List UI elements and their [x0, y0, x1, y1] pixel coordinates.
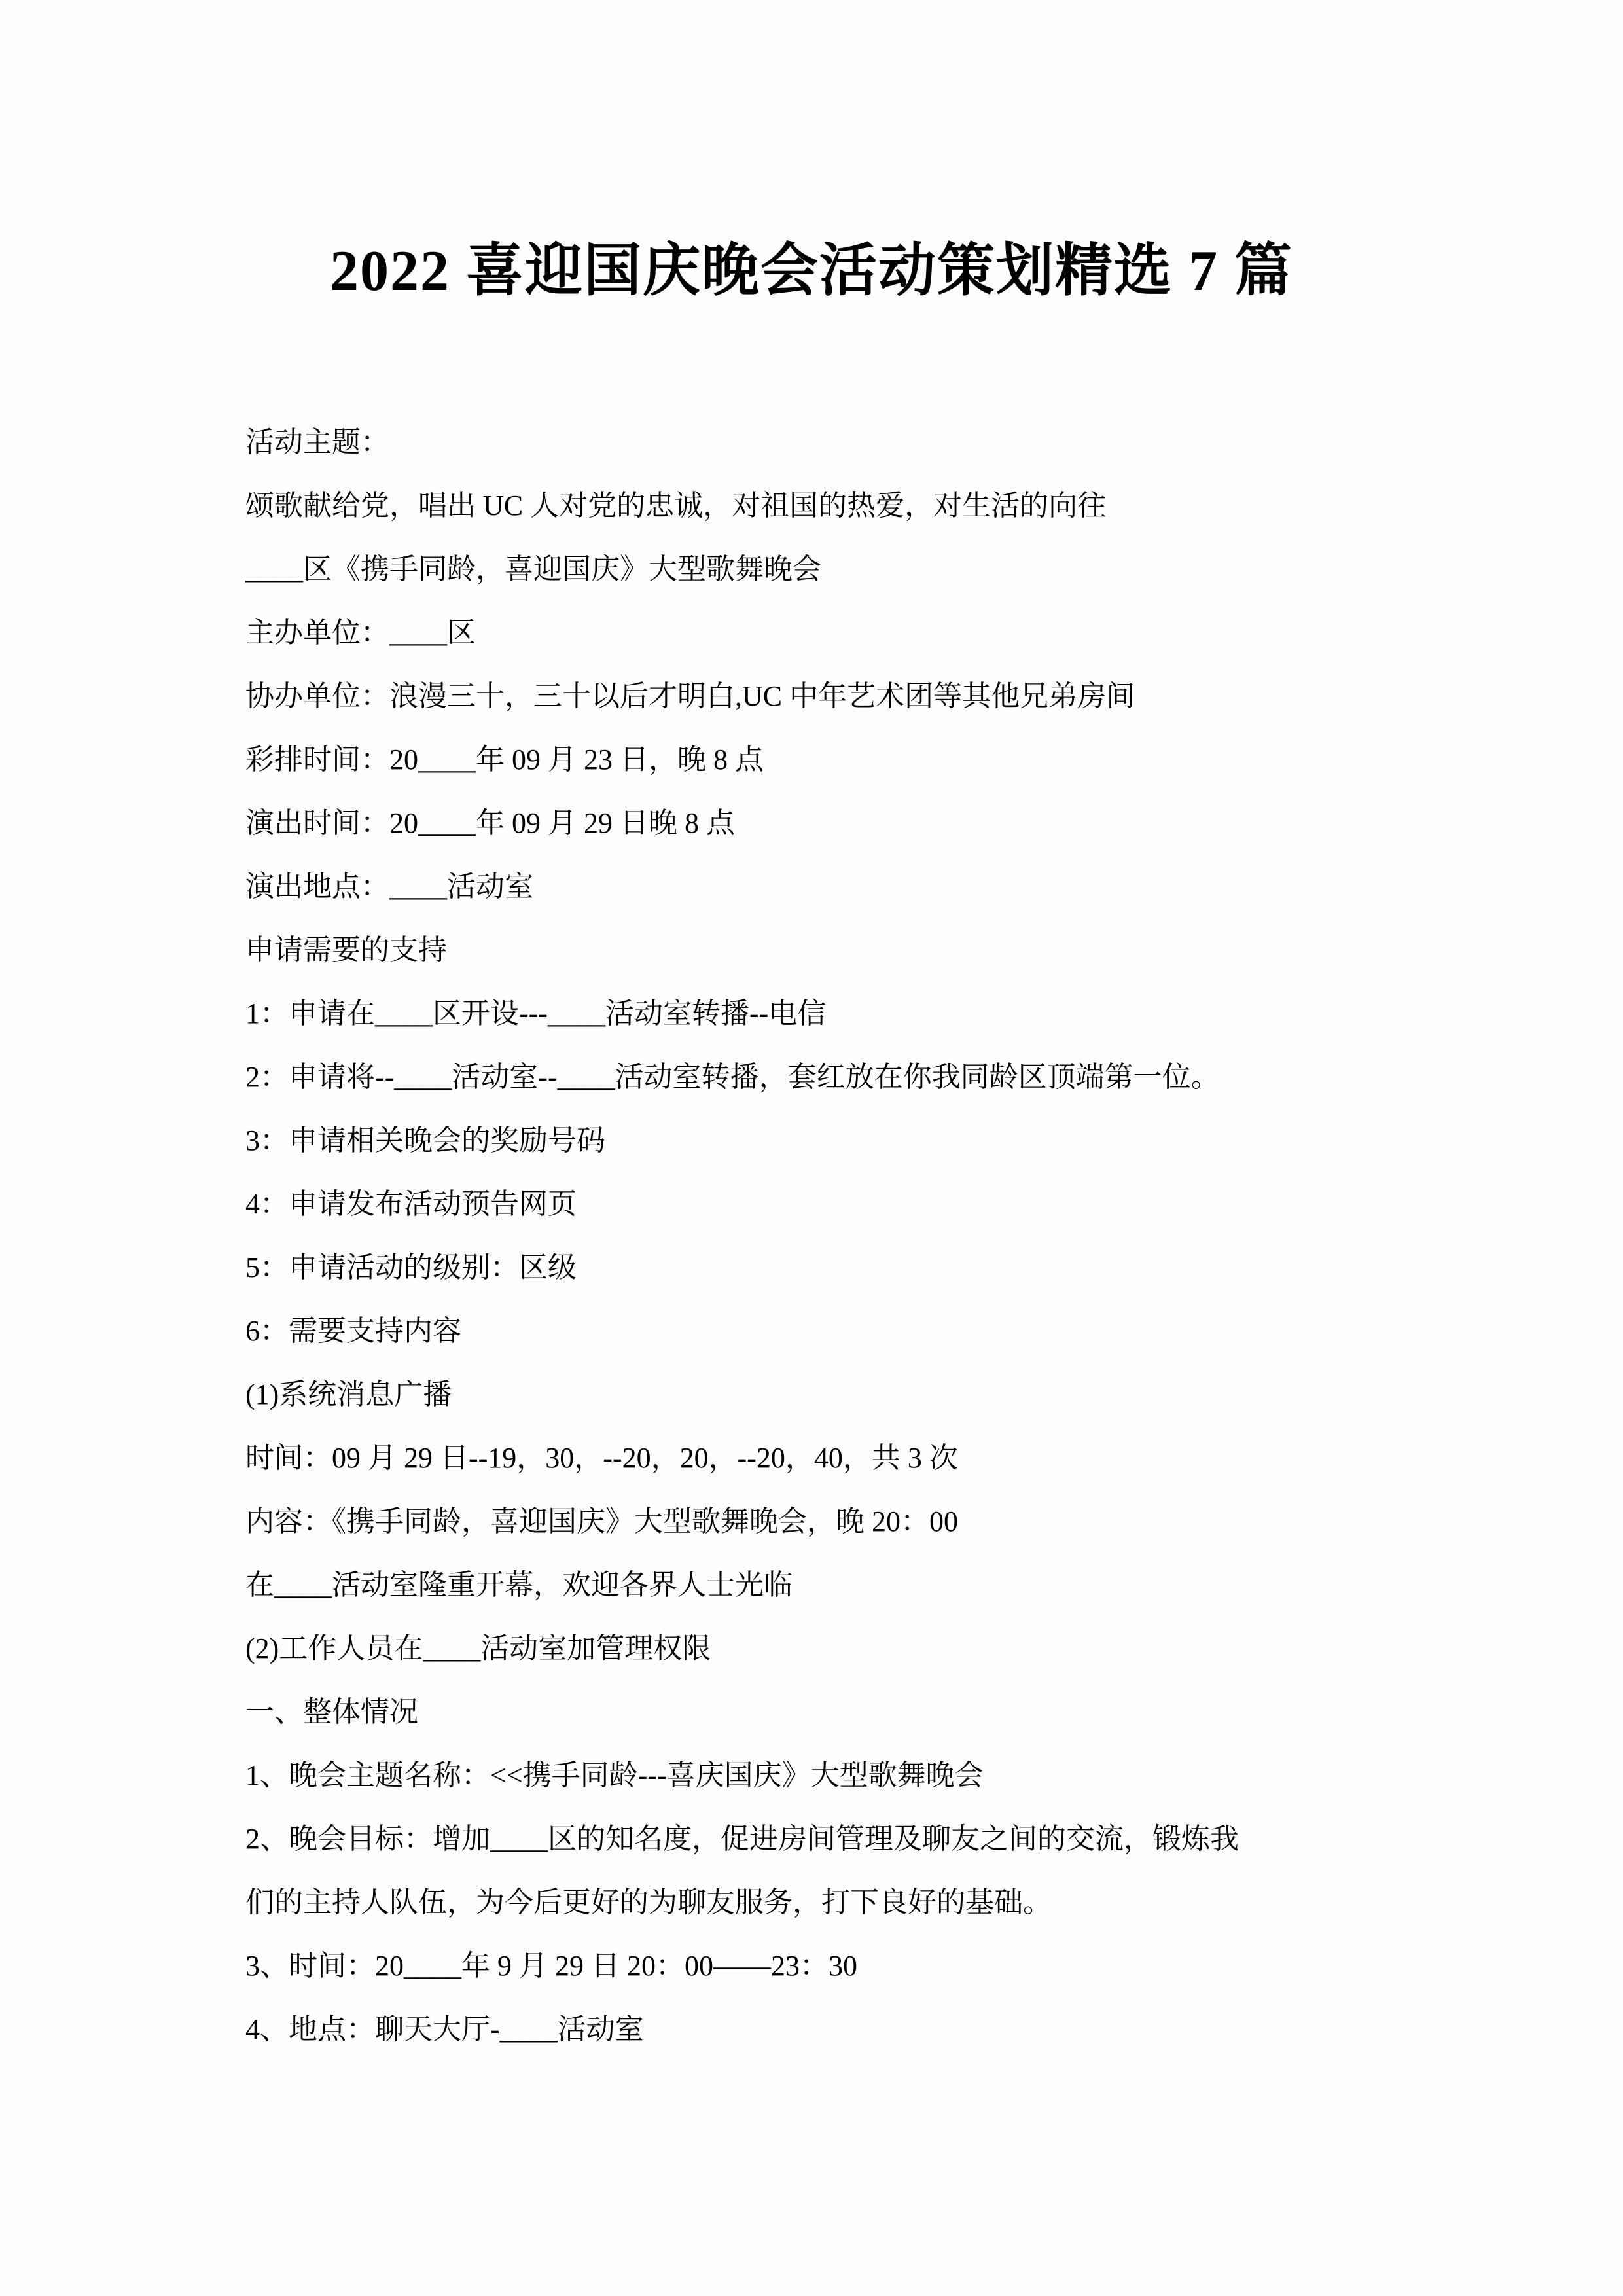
- paragraph-line: 内容：《携手同龄，喜迎国庆》大型歌舞晚会，晚 20：00: [245, 1490, 1397, 1553]
- document-body: 活动主题：颂歌献给党，唱出 UC 人对党的忠诚，对祖国的热爱，对生活的向往___…: [245, 410, 1397, 2061]
- paragraph-line: 演出时间：20____年 09 月 29 日晚 8 点: [245, 791, 1397, 855]
- paragraph-line: 2：申请将--____活动室--____活动室转播，套红放在你我同龄区顶端第一位…: [245, 1045, 1397, 1109]
- paragraph-line: 1：申请在____区开设---____活动室转播--电信: [245, 982, 1397, 1045]
- paragraph-line: 活动主题：: [245, 410, 1397, 474]
- paragraph-line: 彩排时间：20____年 09 月 23 日，晚 8 点: [245, 728, 1397, 791]
- paragraph-line: ____区《携手同龄，喜迎国庆》大型歌舞晚会: [245, 537, 1397, 601]
- paragraph-line: 时间：09 月 29 日--19，30，--20，20，--20，40，共 3 …: [245, 1426, 1397, 1490]
- paragraph-line: 一、整体情况: [245, 1680, 1397, 1744]
- paragraph-line: 主办单位：____区: [245, 601, 1397, 664]
- paragraph-line: 们的主持人队伍，为今后更好的为聊友服务，打下良好的基础。: [245, 1871, 1397, 1934]
- paragraph-line: 1、晚会主题名称：<<携手同龄---喜庆国庆》大型歌舞晚会: [245, 1744, 1397, 1807]
- document-page: 2022 喜迎国庆晚会活动策划精选 7 篇 活动主题：颂歌献给党，唱出 UC 人…: [0, 0, 1623, 2296]
- paragraph-line: 4、地点：聊天大厅-____活动室: [245, 1998, 1397, 2061]
- paragraph-line: 在____活动室隆重开幕，欢迎各界人士光临: [245, 1553, 1397, 1617]
- paragraph-line: 3、时间：20____年 9 月 29 日 20：00——23：30: [245, 1934, 1397, 1998]
- paragraph-line: (2)工作人员在____活动室加管理权限: [245, 1617, 1397, 1680]
- document-title: 2022 喜迎国庆晚会活动策划精选 7 篇: [0, 232, 1623, 311]
- paragraph-line: 颂歌献给党，唱出 UC 人对党的忠诚，对祖国的热爱，对生活的向往: [245, 474, 1397, 537]
- paragraph-line: 2、晚会目标：增加____区的知名度，促进房间管理及聊友之间的交流，锻炼我: [245, 1807, 1397, 1871]
- paragraph-line: 协办单位：浪漫三十，三十以后才明白,UC 中年艺术团等其他兄弟房间: [245, 664, 1397, 728]
- paragraph-line: 4：申请发布活动预告网页: [245, 1172, 1397, 1236]
- paragraph-line: 5：申请活动的级别：区级: [245, 1236, 1397, 1299]
- paragraph-line: 6：需要支持内容: [245, 1299, 1397, 1363]
- paragraph-line: (1)系统消息广播: [245, 1363, 1397, 1426]
- paragraph-line: 申请需要的支持: [245, 918, 1397, 982]
- paragraph-line: 演出地点：____活动室: [245, 855, 1397, 918]
- paragraph-line: 3：申请相关晚会的奖励号码: [245, 1109, 1397, 1172]
